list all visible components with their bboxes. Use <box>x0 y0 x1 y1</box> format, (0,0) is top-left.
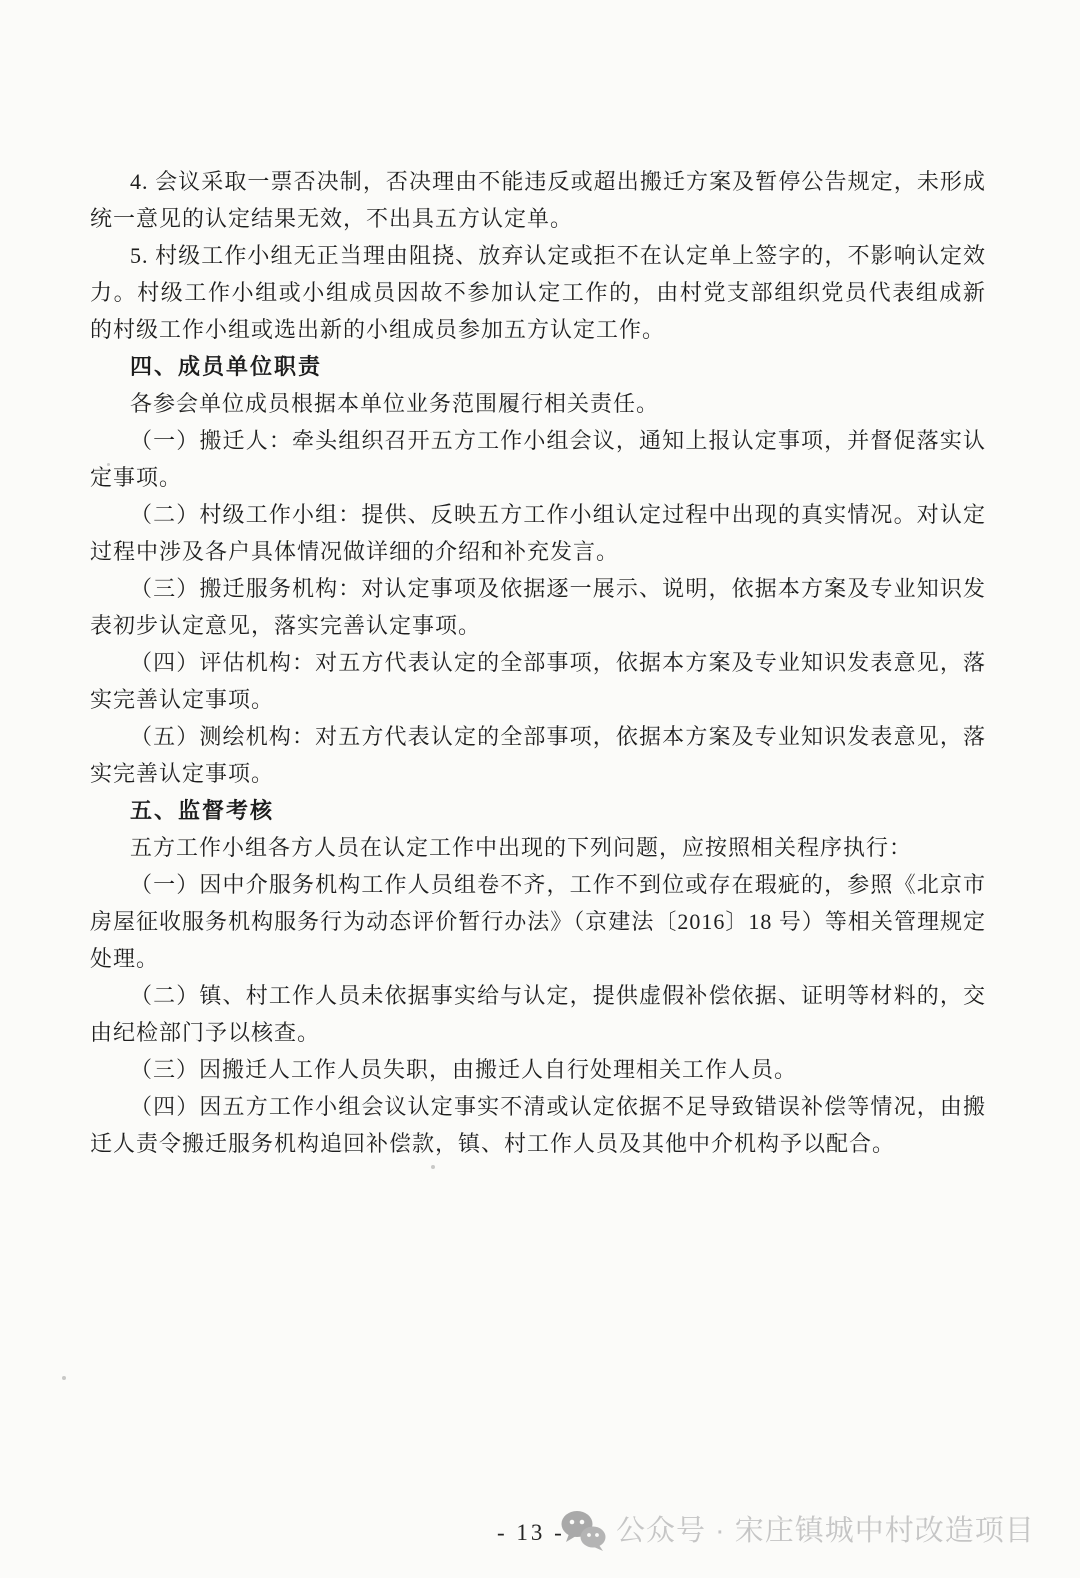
wechat-icon <box>560 1510 608 1552</box>
scan-noise-speck <box>431 1165 435 1169</box>
scanned-document-page: 4. 会议采取一票否决制，否决理由不能违反或超出搬迁方案及暂停公告规定，未形成统… <box>0 0 1080 1578</box>
paragraph: 5. 村级工作小组无正当理由阻挠、放弃认定或拒不在认定单上签字的，不影响认定效力… <box>90 237 986 348</box>
page-number: - 13 - <box>497 1520 565 1546</box>
paragraph: （四）因五方工作小组会议认定事实不清或认定依据不足导致错误补偿等情况，由搬迁人责… <box>90 1088 986 1162</box>
wechat-account-name: 公众号 · 宋庄镇城中村改造项目 <box>616 1510 1035 1552</box>
paragraph: 五方工作小组各方人员在认定工作中出现的下列问题，应按照相关程序执行： <box>90 829 986 866</box>
paragraph: （一）搬迁人：牵头组织召开五方工作小组会议，通知上报认定事项，并督促落实认定事项… <box>90 422 986 496</box>
paragraph: （二）村级工作小组：提供、反映五方工作小组认定过程中出现的真实情况。对认定过程中… <box>90 496 986 570</box>
paragraph: （五）测绘机构：对五方代表认定的全部事项，依据本方案及专业知识发表意见，落实完善… <box>90 718 986 792</box>
paragraph: 4. 会议采取一票否决制，否决理由不能违反或超出搬迁方案及暂停公告规定，未形成统… <box>90 163 986 237</box>
scan-noise-speck <box>786 430 789 433</box>
scan-noise-speck <box>107 463 110 466</box>
document-body: 4. 会议采取一票否决制，否决理由不能违反或超出搬迁方案及暂停公告规定，未形成统… <box>90 163 986 1162</box>
section-heading: 五、监督考核 <box>90 792 986 829</box>
paragraph: 各参会单位成员根据本单位业务范围履行相关责任。 <box>90 385 986 422</box>
scan-noise-speck <box>62 1376 66 1380</box>
paragraph: （三）因搬迁人工作人员失职，由搬迁人自行处理相关工作人员。 <box>90 1051 986 1088</box>
paragraph: （三）搬迁服务机构：对认定事项及依据逐一展示、说明，依据本方案及专业知识发表初步… <box>90 570 986 644</box>
section-heading: 四、成员单位职责 <box>90 348 986 385</box>
paragraph: （一）因中介服务机构工作人员组卷不齐，工作不到位或存在瑕疵的，参照《北京市房屋征… <box>90 866 986 977</box>
page-footer: - 13 - 公众号 · 宋庄镇城中村改造项目 <box>0 1500 1080 1560</box>
paragraph: （四）评估机构：对五方代表认定的全部事项，依据本方案及专业知识发表意见，落实完善… <box>90 644 986 718</box>
paragraph: （二）镇、村工作人员未依据事实给与认定，提供虚假补偿依据、证明等材料的，交由纪检… <box>90 977 986 1051</box>
